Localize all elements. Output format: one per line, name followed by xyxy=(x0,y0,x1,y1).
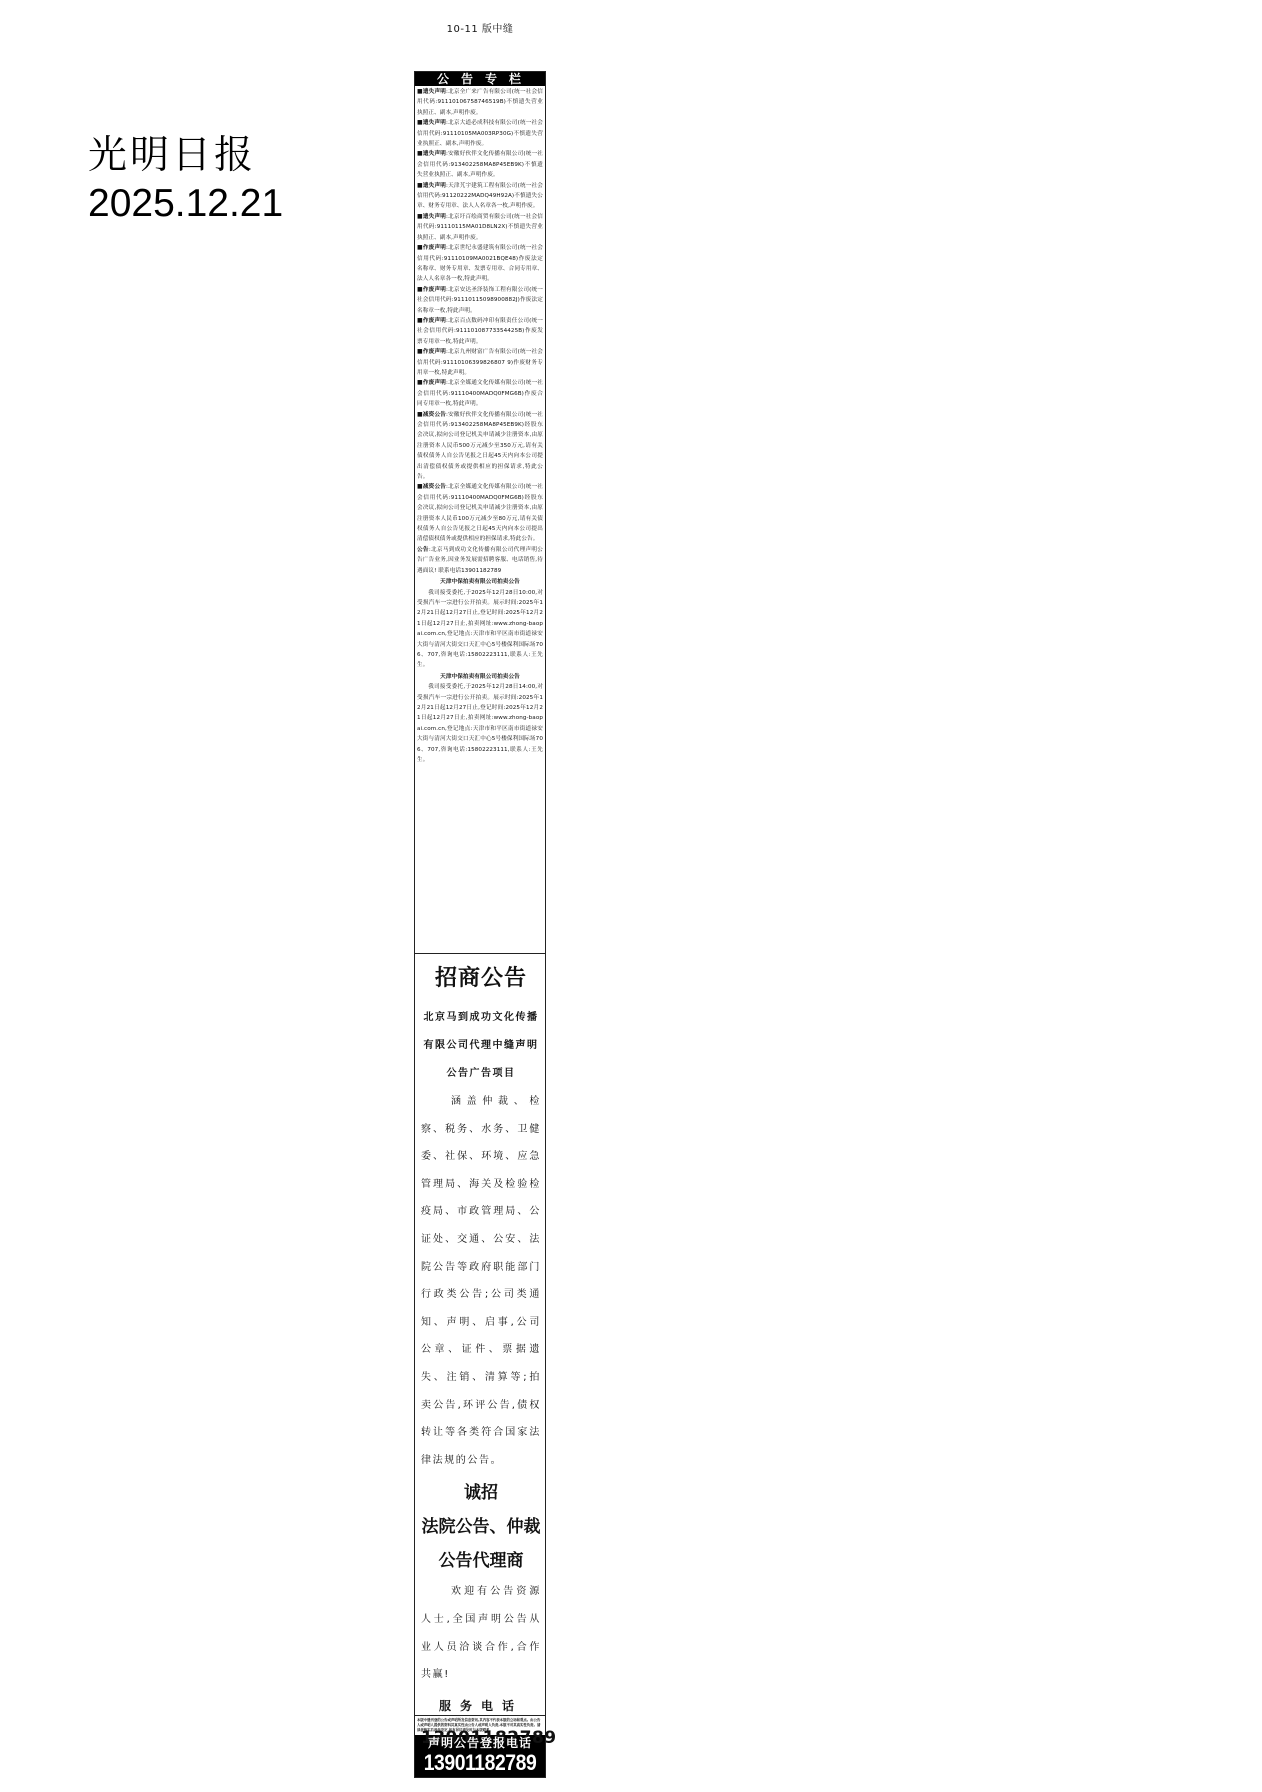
notice-item: 公告:北京马到成功文化传播有限公司代理声明公告广告业务,因业务发展需招聘客服、电… xyxy=(417,545,543,576)
notice-item: ■作废声明:北京百点数码冲印有限责任公司(统一社会信用代码:9111010877… xyxy=(417,316,543,347)
auction-body: 我司接受委托,于2025年12月28日14:00,对受损汽车一宗进行公开拍卖。展… xyxy=(417,682,543,765)
notice-item: ■作废声明:北京九州财富广告有限公司(统一社会信用代码:911101063998… xyxy=(417,347,543,378)
notice-item: ■减资公告:北京全媒通文化传媒有限公司(统一社会信用代码:91110400MAD… xyxy=(417,482,543,544)
masthead: 光明日报 2025.12.21 xyxy=(88,132,283,228)
ad-heading-line: 法院公告、仲裁 xyxy=(421,1510,541,1544)
newspaper-name: 光明日报 xyxy=(88,132,283,180)
ad-body-text-2: 欢迎有公告资源人士,全国声明公告从业人员洽谈合作,合作共赢! xyxy=(421,1578,541,1688)
ad-heading-line: 诚招 xyxy=(421,1476,541,1510)
notice-item: ■作废声明:北京安达圣泽装饰工程有限公司(统一社会信用代码:9111011509… xyxy=(417,285,543,316)
auction-body: 我司接受委托,于2025年12月28日10:00,对受损汽车一宗进行公开拍卖。展… xyxy=(417,588,543,671)
ad-body-text: 涵盖仲裁、检察、税务、水务、卫健委、社保、环境、应急管理局、海关及检验检疫局、市… xyxy=(421,1088,541,1474)
ad-subtitle-line: 有限公司代理中缝声明 xyxy=(421,1032,541,1060)
footer-phone-number: 13901182789 xyxy=(423,1751,537,1775)
footer-phone-bar: 声明公告登报电话 13901182789 xyxy=(415,1735,545,1777)
ad-heading-line: 公告代理商 xyxy=(421,1544,541,1578)
notice-item: ■作废声明:北京世纪永盛建筑有限公司(统一社会信用代码:91110109MA00… xyxy=(417,243,543,285)
notice-item: ■遗失声明:安徽好伙伴文化传播有限公司(统一社会信用代码:913402258MA… xyxy=(417,149,543,180)
notice-item: ■遗失声明:天津艽宇建筑工程有限公司(统一社会信用代码:91120222MADQ… xyxy=(417,181,543,212)
ad-subtitle-line: 公告广告项目 xyxy=(421,1060,541,1088)
auction-title: 天津中保拍卖有限公司拍卖公告 xyxy=(417,672,543,682)
recruitment-ad: 招商公告 北京马到成功文化传播 有限公司代理中缝声明 公告广告项目 涵盖仲裁、检… xyxy=(415,953,545,1715)
notice-item: ■遗失声明:北京全广来广告有限公司(统一社会信用代码:9111010675874… xyxy=(417,87,543,118)
notice-list: ■遗失声明:北京全广来广告有限公司(统一社会信用代码:9111010675874… xyxy=(415,86,545,953)
notice-item: ■遗失声明:北京圩百绘商贸有限公司(统一社会信用代码:91110115MA01D… xyxy=(417,212,543,243)
page-section-label: 10-11 版中缝 xyxy=(414,20,546,35)
auction-title: 天津中保拍卖有限公司拍卖公告 xyxy=(417,577,543,587)
ad-subtitle-line: 北京马到成功文化传播 xyxy=(421,1004,541,1032)
notice-item: ■作废声明:北京全媒通文化传媒有限公司(统一社会信用代码:91110400MAD… xyxy=(417,378,543,409)
notice-column: 公告专栏 ■遗失声明:北京全广来广告有限公司(统一社会信用代码:91110106… xyxy=(414,71,546,1778)
column-header: 公告专栏 xyxy=(415,72,545,86)
issue-date: 2025.12.21 xyxy=(88,180,283,228)
notice-item: ■减资公告:安徽好伙伴文化传播有限公司(统一社会信用代码:913402258MA… xyxy=(417,410,543,483)
footer-label: 声明公告登报电话 xyxy=(415,1736,545,1751)
ad-title: 招商公告 xyxy=(421,964,541,994)
notice-item: ■遗失声明:北京大道必成科技有限公司(统一社会信用代码:91110105MA00… xyxy=(417,118,543,149)
